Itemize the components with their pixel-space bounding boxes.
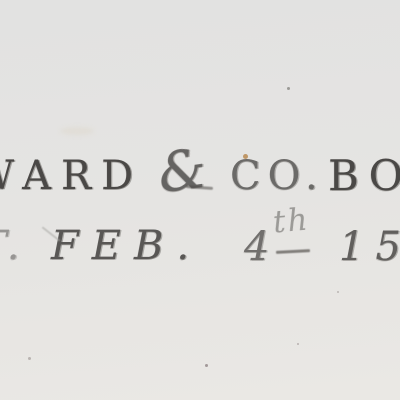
date-prefix-fragment: T. [0,226,26,266]
ordinal-underline [276,249,310,254]
city-fragment: BO [328,155,400,197]
surface-speck [297,343,299,345]
stamp-photo: WARD & CO. BO T. FEB. 4 th 15 [0,0,400,400]
company-abbreviation: CO. [230,156,325,196]
maker-name-fragment: WARD [0,156,143,196]
year-fragment: 15 [339,227,400,267]
surface-speck [337,291,339,293]
surface-smudge [60,127,94,135]
ampersand: & [154,141,209,201]
ordinal-suffix: th [272,204,311,238]
month-abbreviation: FEB. [51,226,202,266]
day-number: 4 [244,227,269,267]
surface-speck [287,87,290,90]
surface-speck [205,364,208,367]
orange-speck [243,154,248,159]
surface-speck [28,357,31,360]
